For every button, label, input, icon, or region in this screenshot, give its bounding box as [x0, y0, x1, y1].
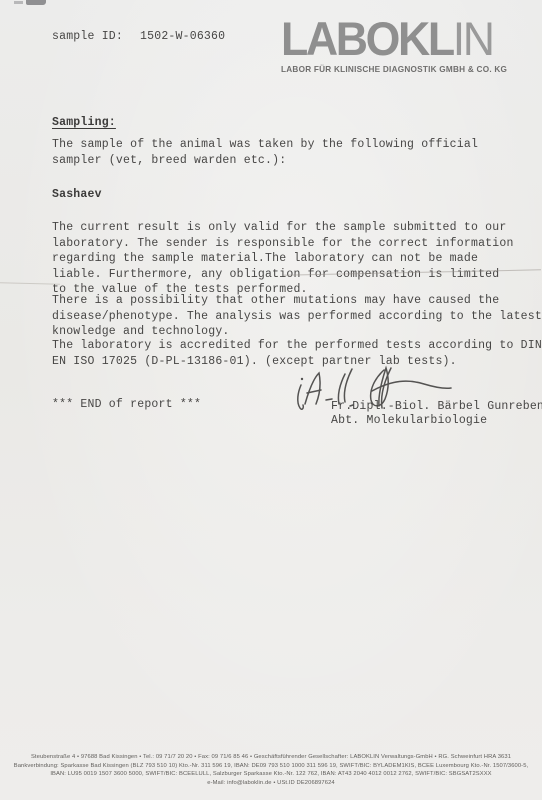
signatory-name-and-department: Fr.Dipl.-Biol. Bärbel Gunreben Abt. Mole…	[331, 400, 542, 427]
footer-line-email-vat: e-Mail: info@laboklin.de • USt.ID DE2068…	[0, 779, 542, 788]
disclaimer-mutations-paragraph: There is a possibility that other mutati…	[52, 293, 542, 340]
letterhead-footer: Steubenstraße 4 • 97688 Bad Kissingen • …	[0, 753, 542, 788]
scanned-lab-report-page: sample ID: 1502-W-06360 LABOKLIN LABOR F…	[0, 0, 542, 800]
sample-id-label: sample ID:	[52, 29, 123, 45]
scan-artifact	[26, 0, 46, 5]
paper-crease	[0, 282, 60, 285]
sampling-heading: Sampling:	[52, 115, 116, 131]
footer-line-address: Steubenstraße 4 • 97688 Bad Kissingen • …	[0, 753, 542, 762]
disclaimer-validity-paragraph: The current result is only valid for the…	[52, 220, 514, 298]
sample-id-row: sample ID: 1502-W-06360	[52, 29, 225, 45]
laboklin-logo: LABOKLIN LABOR FÜR KLINISCHE DIAGNOSTIK …	[281, 16, 539, 74]
scan-artifact	[14, 1, 23, 4]
sampling-intro-paragraph: The sample of the animal was taken by th…	[52, 137, 478, 168]
footer-line-bank-2: IBAN: LU95 0019 1507 3600 5000, SWIFT/BI…	[0, 770, 542, 779]
sampler-name: Sashaev	[52, 187, 102, 203]
laboklin-wordmark: LABOKLIN	[281, 16, 526, 62]
wordmark-bold-part: LABOKL	[281, 12, 453, 65]
sample-id-value: 1502-W-06360	[140, 29, 225, 45]
wordmark-thin-part: IN	[453, 12, 493, 65]
footer-line-bank-1: Bankverbindung: Sparkasse Bad Kissingen …	[0, 762, 542, 771]
logo-tagline: LABOR FÜR KLINISCHE DIAGNOSTIK GMBH & CO…	[281, 65, 539, 74]
end-of-report-marker: *** END of report ***	[52, 397, 201, 413]
